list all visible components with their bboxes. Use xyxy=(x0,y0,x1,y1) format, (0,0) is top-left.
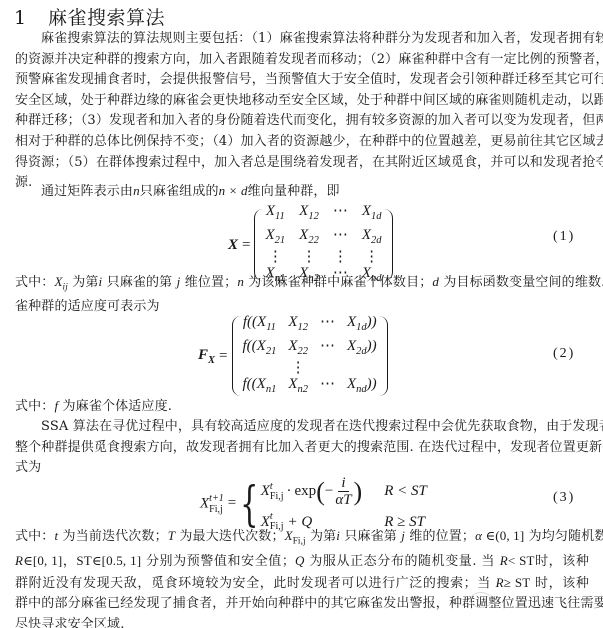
paragraph-rules: 麻雀搜索算法的算法规则主要包括：（1）麻雀搜索算法将种群分为发现者和加入者，发现… xyxy=(15,29,589,194)
text-line: 相对于种群的总体比例保持不变；（4）加入者的资源越少，在种群中的位置越差，更易前… xyxy=(15,132,589,153)
paragraph-matrix-intro: 通过矩阵表示由n只麻雀组成的n × d维向量种群，即 xyxy=(15,181,589,203)
equation-3-update: Xt+1Fi,j = { XtFi,j · exp (− iαT ) R < S… xyxy=(200,475,427,532)
section-heading: 1麻雀搜索算法 xyxy=(14,3,165,30)
text-line: 麻雀搜索算法的算法规则主要包括：（1）麻雀搜索算法将种群分为发现者和加入者，发现… xyxy=(15,29,589,50)
fitness-grid: f((X11X12⋯X1d)) f((X21X22⋯X2d)) ⋮ f((Xn1… xyxy=(241,313,379,399)
left-paren xyxy=(254,209,263,281)
watermark-logo-icon xyxy=(470,592,492,608)
right-paren xyxy=(384,209,393,281)
fitness-lhs: FX xyxy=(198,347,215,366)
cases-grid: XtFi,j · exp (− iαT ) R < ST XtFi,j + Q … xyxy=(261,475,427,532)
equation-number-3: (3) xyxy=(553,490,575,506)
paragraph-matrix-explain: 式中：Xij 为第i 只麻雀的第 j 维位置；n 为该麻雀种群中麻雀个体数目；d… xyxy=(15,272,589,318)
paragraph-fitness-explain: 式中：f 为麻雀个体适应度. xyxy=(15,396,589,418)
paragraph-ssa-intro: SSA 算法在寻优过程中，具有较高适应度的发现者在迭代搜索过程中会优先获取食物，… xyxy=(15,417,589,479)
text-line: 得资源；（5）在群体搜索过程中，加入者总是围绕着发现者，在其附近区域觅食，并可以… xyxy=(15,153,589,174)
text-line: 预警麻雀发现捕食者时，会提供报警信号，当预警值大于安全值时，发现者会引领种群迁移… xyxy=(15,70,589,91)
text-line: 种群迁移；（3）发现者和加入者的身份随着迭代而变化，拥有较多资源的加入者可以变为… xyxy=(15,111,589,132)
left-paren xyxy=(232,316,241,396)
right-paren xyxy=(379,316,388,396)
text-line: 的资源并决定种群的搜索方向，加入者跟随着发现者而移动；（2）麻雀种群中含有一定比… xyxy=(15,50,589,71)
section-title: 麻雀搜索算法 xyxy=(48,7,165,29)
paragraph-update-explain: 式中：t 为当前迭代次数；T 为最大迭代次数；XFi,j 为第i 只麻雀第 j … xyxy=(15,526,589,628)
text-line: 安全区域，处于种群边缘的麻雀会更快地移动至安全区域，处于种群中间区域的麻雀则随机… xyxy=(15,91,589,112)
matrix-lhs: X xyxy=(228,237,238,254)
section-number: 1 xyxy=(14,7,48,29)
equation-2-fitness: FX = f((X11X12⋯X1d)) f((X21X22⋯X2d)) ⋮ f… xyxy=(198,313,388,399)
equation-number-1: (1) xyxy=(553,229,575,245)
equation-number-2: (2) xyxy=(553,346,575,362)
update-lhs: Xt+1Fi,j xyxy=(200,493,224,515)
left-brace: { xyxy=(240,480,258,528)
